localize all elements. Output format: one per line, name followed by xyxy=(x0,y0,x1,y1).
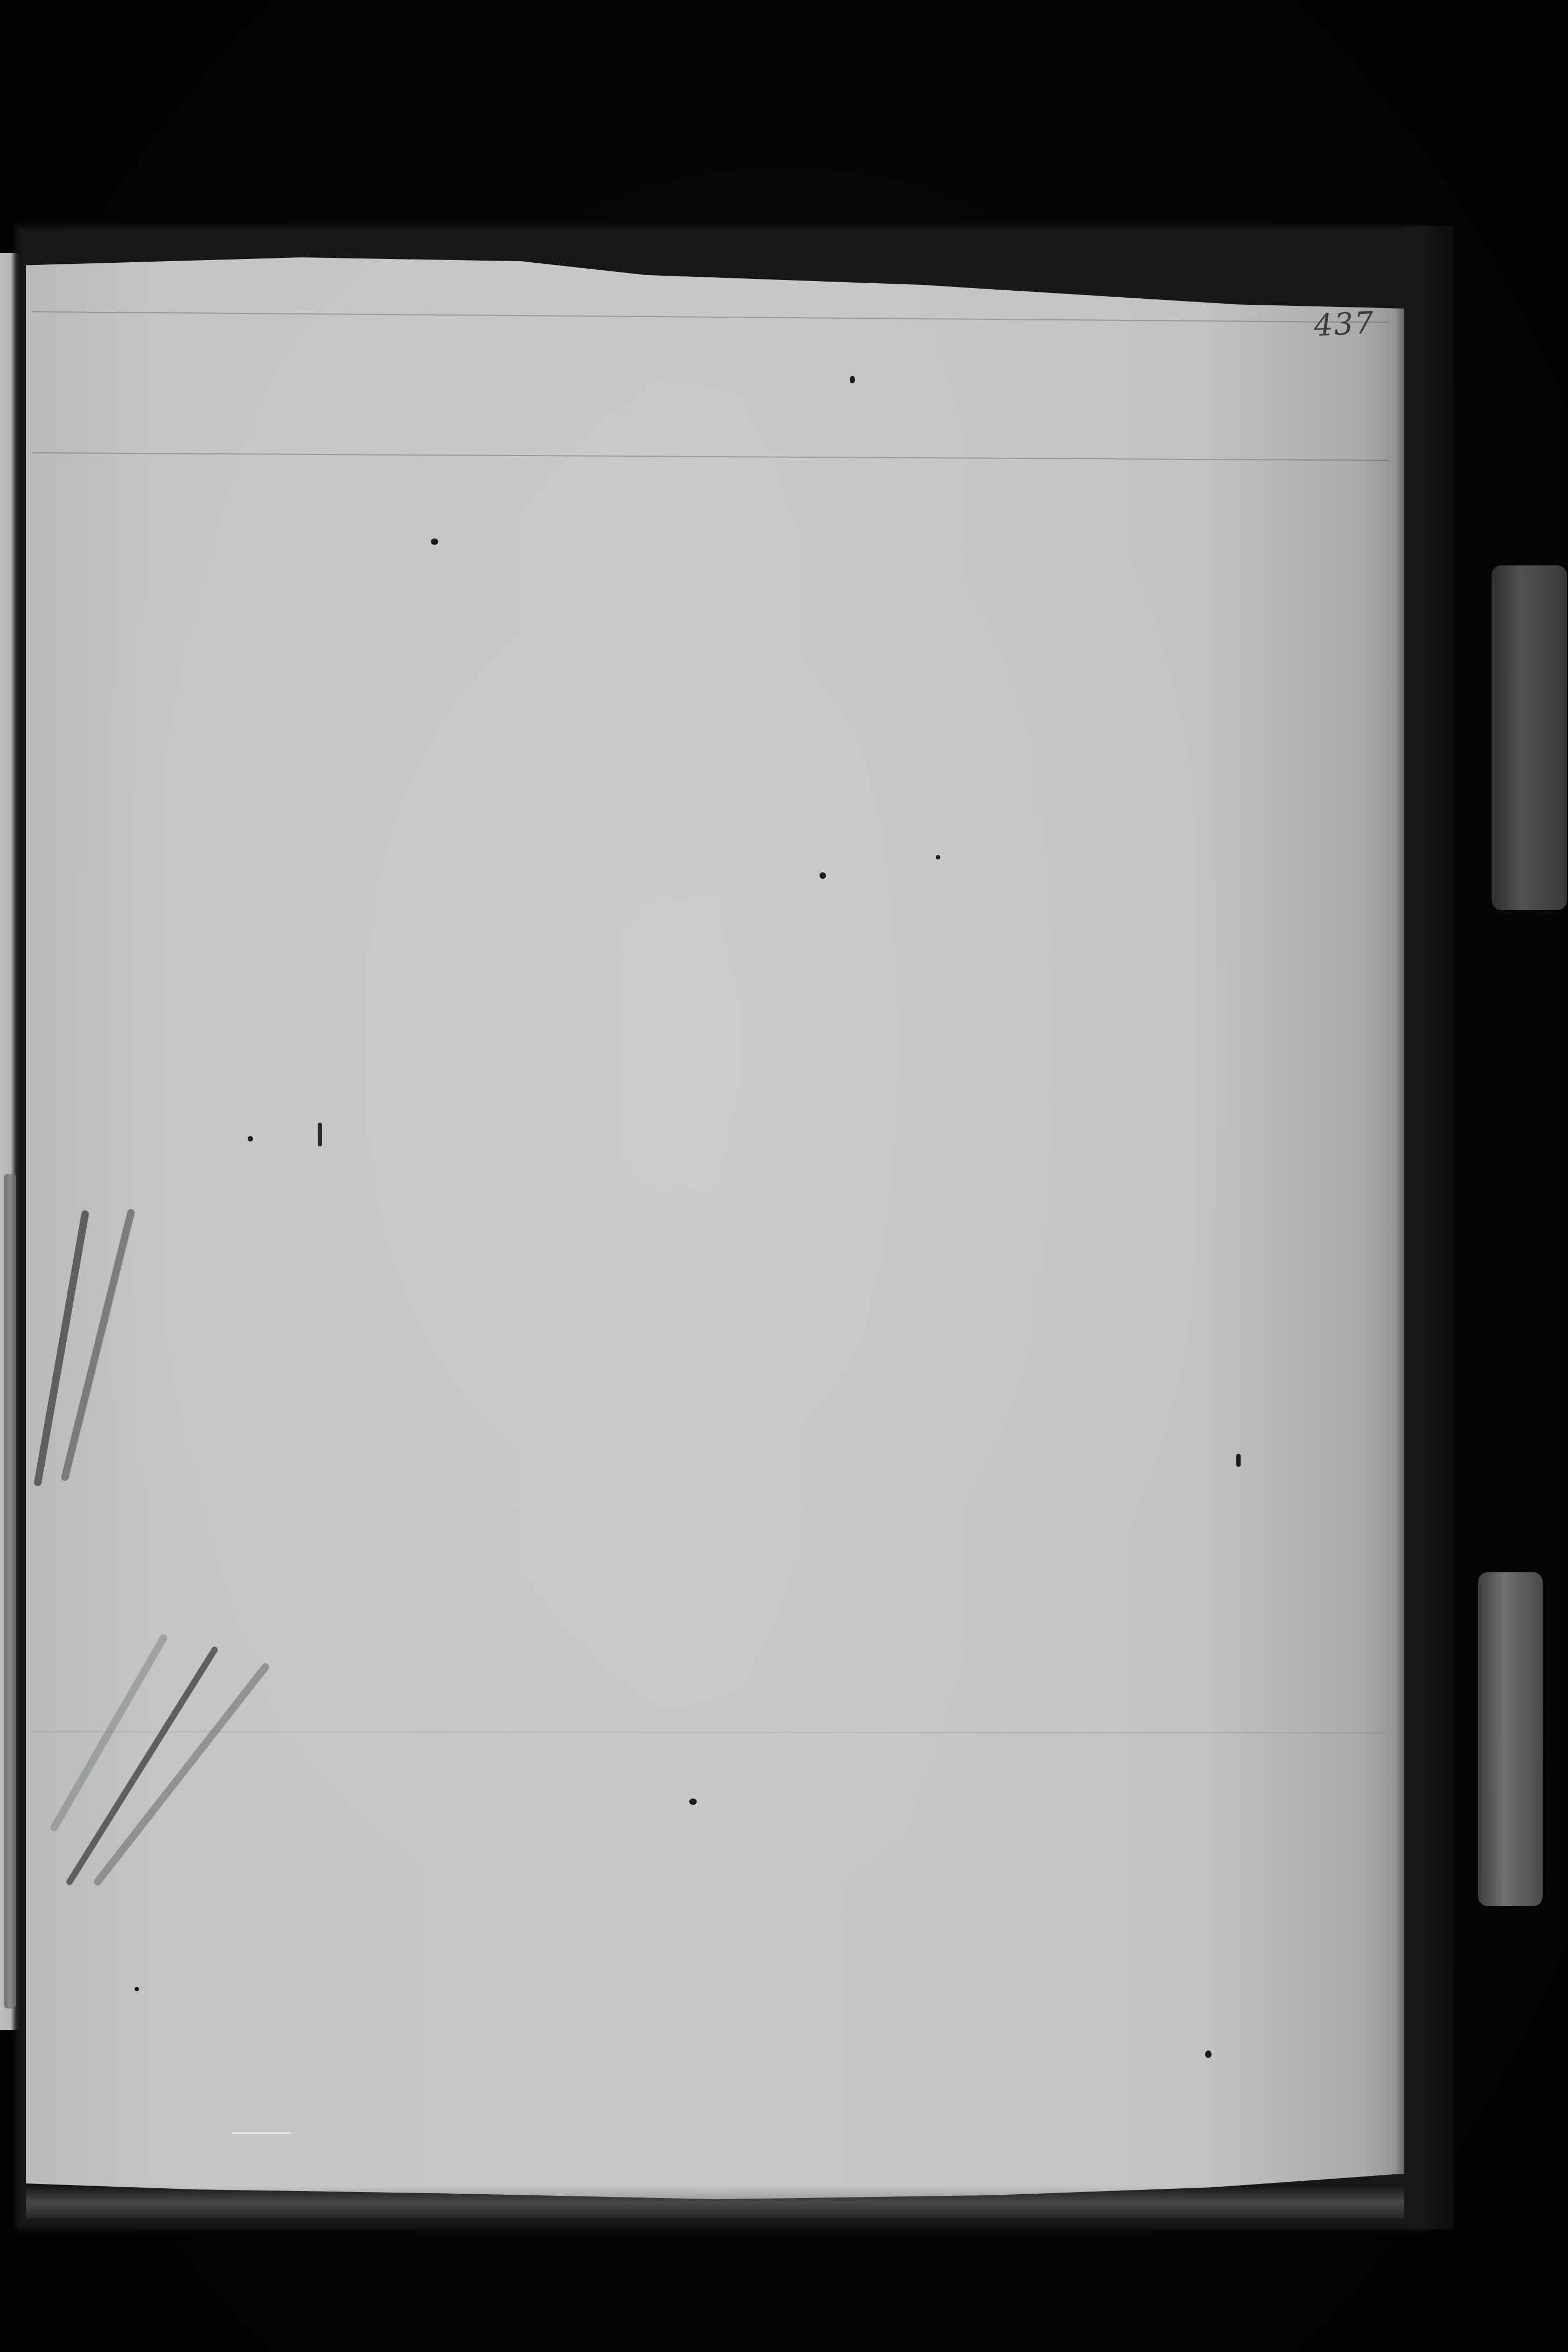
page-right-shadow xyxy=(1395,226,1454,2229)
folio-number: 437 xyxy=(1313,305,1375,344)
binding-spine xyxy=(4,1174,16,2008)
book-clasp-tab-upper xyxy=(1492,565,1567,910)
paper-speck xyxy=(689,1798,697,1805)
paper-speck xyxy=(431,538,438,545)
page-bottom-edge xyxy=(26,2186,1404,2218)
paper-speck xyxy=(318,1123,322,1146)
paper-speck xyxy=(936,855,940,859)
paper-speck xyxy=(135,1987,139,1991)
document-page xyxy=(26,257,1404,2223)
paper-speck xyxy=(1205,2050,1212,2058)
paper-speck xyxy=(850,376,855,383)
book-clasp-tab-lower xyxy=(1478,1572,1543,1906)
paper-speck xyxy=(820,872,826,879)
paper-speck xyxy=(248,1136,253,1142)
paper-scuff xyxy=(232,2132,291,2134)
paper-speck xyxy=(1236,1454,1241,1467)
